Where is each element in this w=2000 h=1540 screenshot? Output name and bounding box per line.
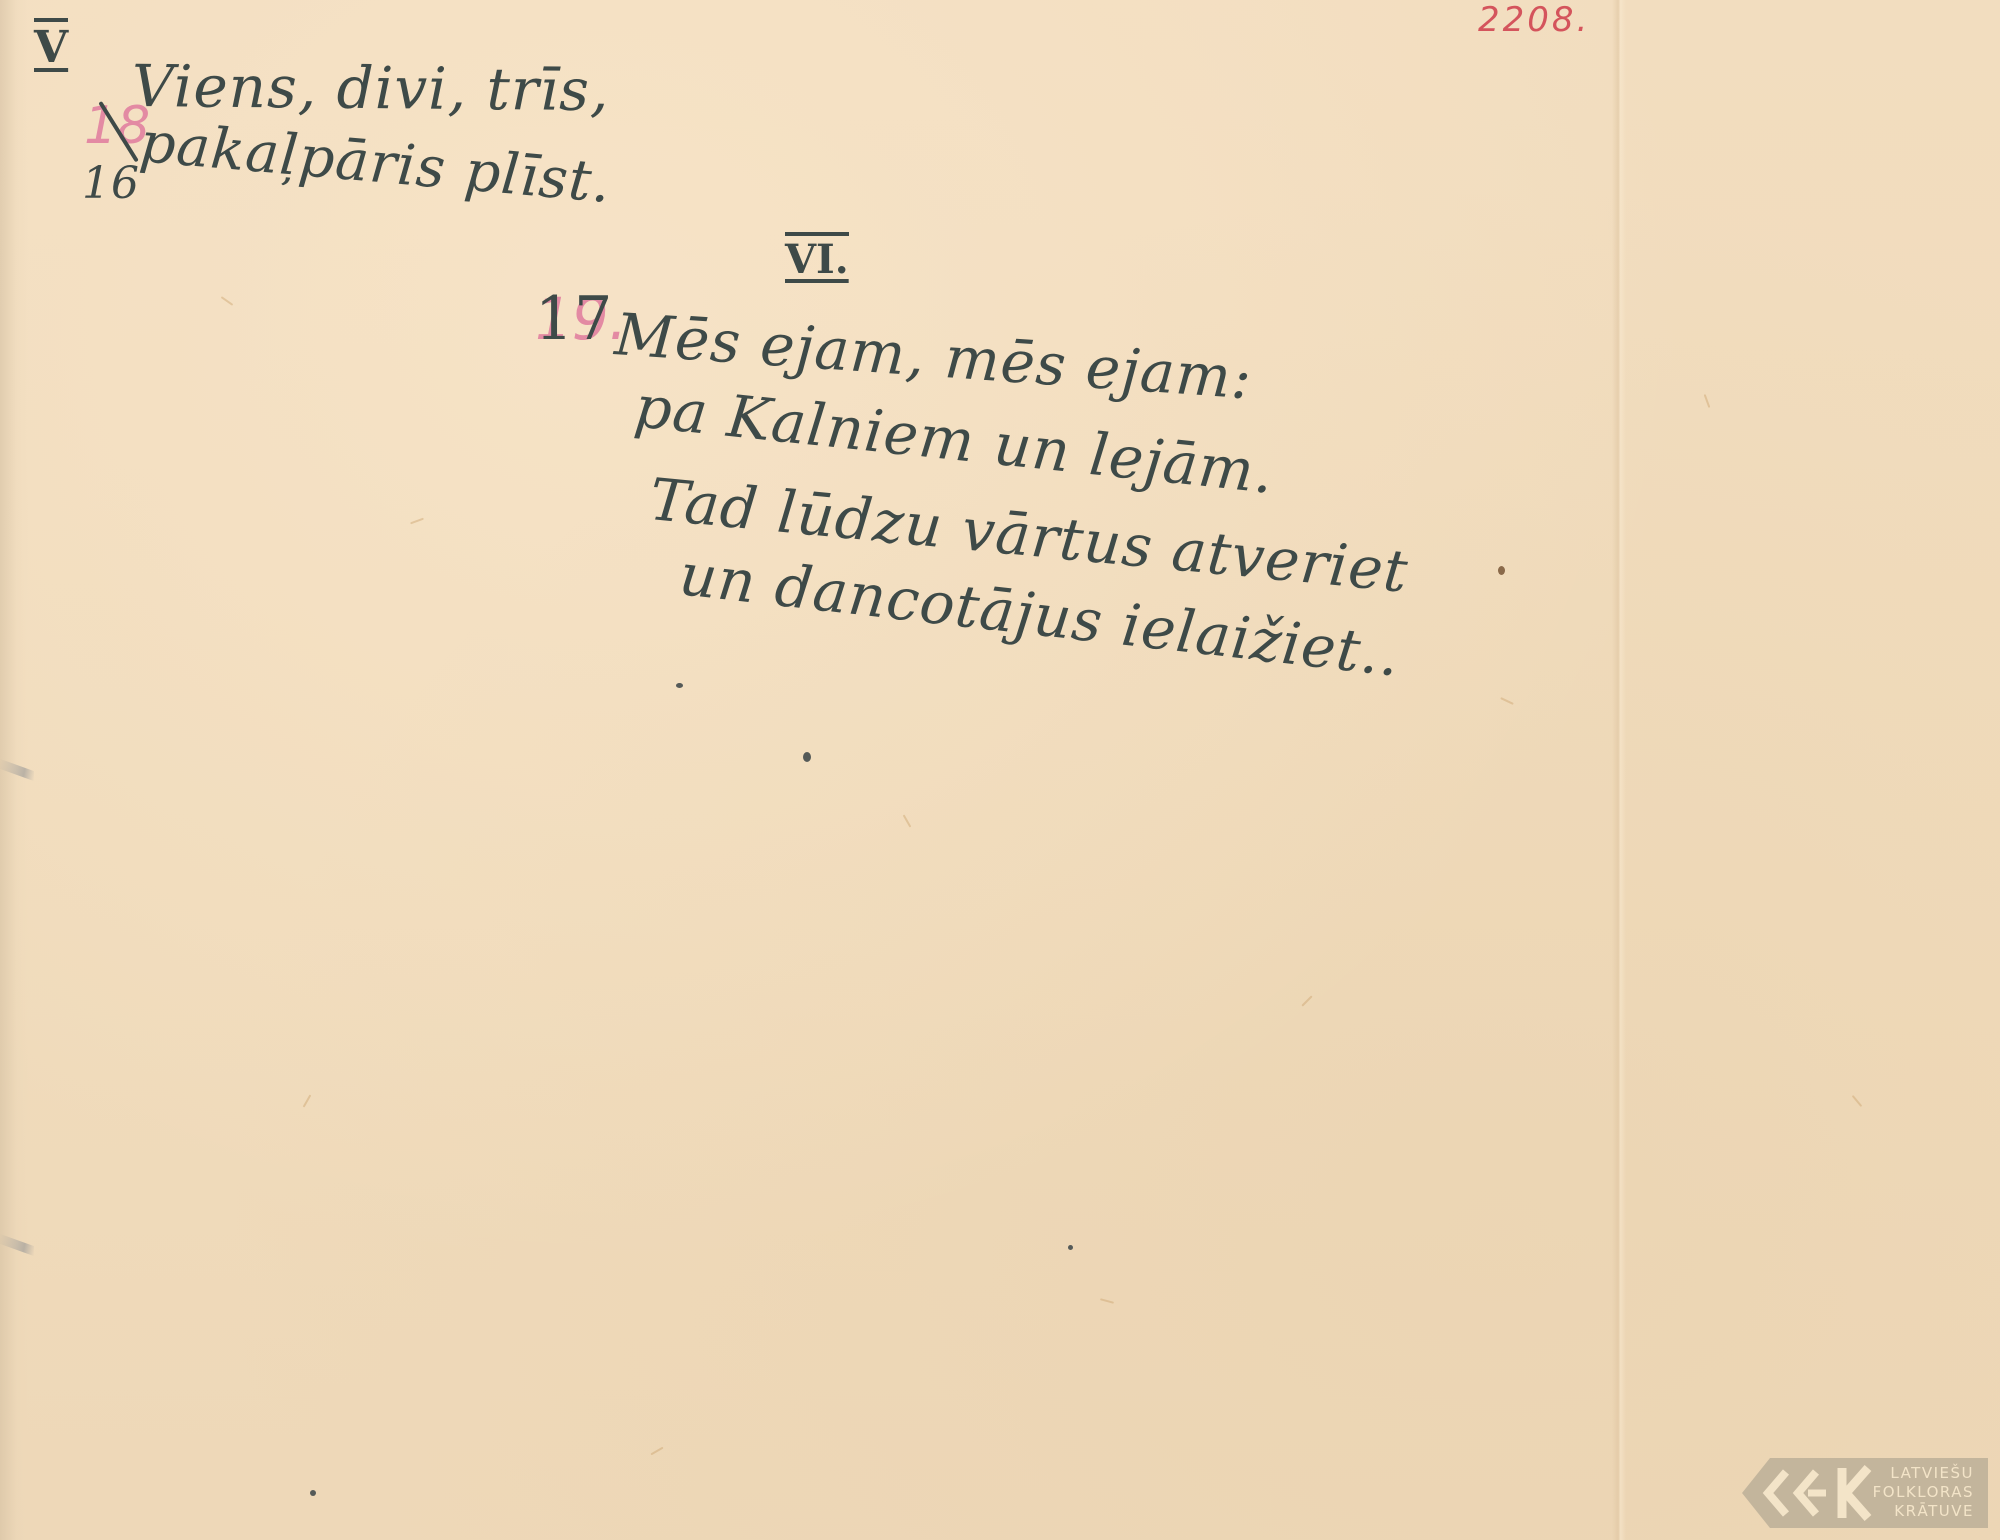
archive-logo: LATVIEŠU FOLKLORAS KRĀTUVE — [1742, 1458, 1988, 1528]
section-numeral: VI. — [785, 232, 849, 282]
logo-line: FOLKLORAS — [1873, 1483, 1974, 1502]
ink-speck — [803, 752, 811, 762]
corrected-number: 17 — [535, 284, 613, 354]
corrected-number: 16 — [82, 158, 140, 209]
paper-background — [0, 0, 2000, 1540]
paper-fold-line — [1612, 0, 1626, 1540]
archive-number: 2208. — [1478, 0, 1590, 40]
ink-speck — [1498, 566, 1505, 575]
section-numeral: V — [34, 18, 68, 72]
logo-line: LATVIEŠU — [1873, 1464, 1974, 1483]
logo-line: KRĀTUVE — [1873, 1502, 1974, 1521]
ink-speck — [310, 1490, 316, 1496]
ink-speck — [676, 683, 683, 688]
ink-speck — [1068, 1245, 1073, 1250]
logo-text: LATVIEŠU FOLKLORAS KRĀTUVE — [1873, 1464, 1974, 1521]
verse-line: Viens, divi, trīs, — [132, 52, 610, 124]
